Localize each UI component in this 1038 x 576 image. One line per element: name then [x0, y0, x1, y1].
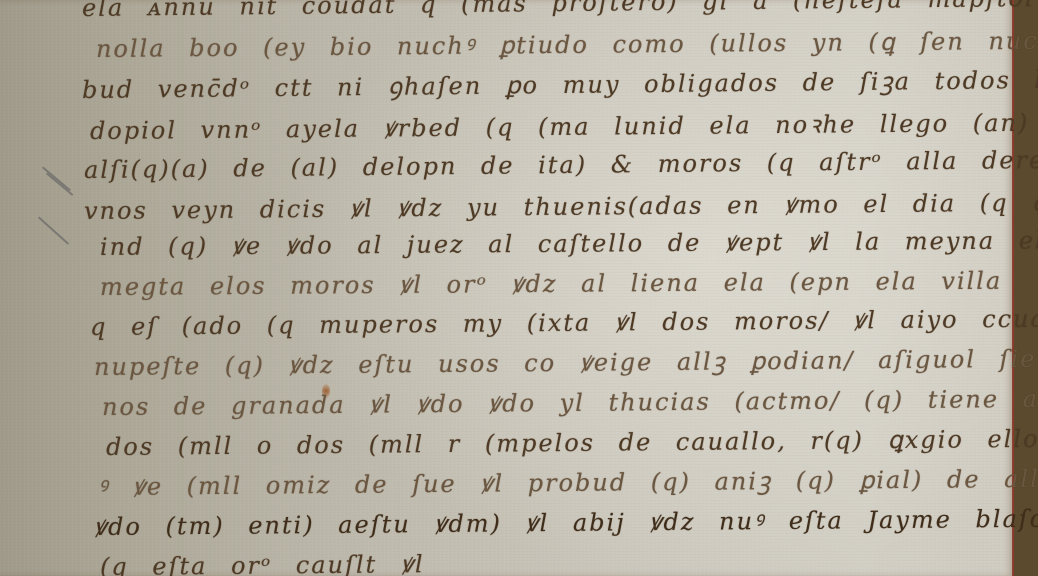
margin-pen-stroke [38, 217, 69, 245]
manuscript-line: bud venc̄dᵒ ctt ni ꝯhaſen ꝑo muy obligad… [82, 62, 1038, 106]
parchment-page: ela ᴀnnu nīt coudat q̃ (mās proſtero) gl… [0, 0, 1014, 576]
margin-pen-stroke [46, 172, 73, 195]
manuscript-line: nupeſte (q) ꝟdz eſtu usos co ꝟeige allꝫ … [94, 341, 1038, 383]
manuscript-line: nos de granada ꝟl ꝟdo ꝟdo yl thucias (ac… [102, 381, 1038, 423]
manuscript-line: ꝟdo (tm) enti) aeſtu ꝟdm) ꝟl abij ꝟdz nu… [94, 502, 1038, 543]
manuscript-line: nolla boo (ey bio nuchꝰ ꝑtiudo como (ull… [96, 23, 1038, 65]
manuscript-line: q eſ (ado (q muperos my (ixta ꝟl dos mor… [90, 301, 1038, 343]
manuscript-line: dopiol vnnᵒ ayela ꝟrbed (q (ma lunid ela… [90, 105, 1038, 147]
manuscript-line: vnos veyn dicis ꝟl ꝟdz yu thuenis(adas e… [84, 185, 1038, 227]
manuscript-line: (q eſta orᵒ cauſlt ꝟl [100, 547, 425, 576]
manuscript-line: dos (mll o dos (mll r (mpelos de cauallo… [106, 420, 1038, 463]
manuscript-line: ela ᴀnnu nīt coudat q̃ (mās proſtero) gl… [82, 0, 1038, 22]
margin-pen-stroke [42, 166, 71, 191]
manuscript-line: ind (q) ꝟe ꝟdo al juez al caſtello de ꝟe… [100, 223, 1038, 263]
manuscript-line: ꝰ ꝟe (mll omiz de ſue ꝟl probud (q) aniꝫ… [98, 461, 1038, 503]
manuscript-line: megta elos moros ꝟl orᵒ ꝟdz al liena ela… [100, 264, 1002, 303]
manuscript-line: alſi(q)(a) de (al) delopn de ita) & moro… [84, 144, 1038, 184]
manuscript-photograph: ela ᴀnnu nīt coudat q̃ (mās proſtero) gl… [0, 0, 1038, 576]
